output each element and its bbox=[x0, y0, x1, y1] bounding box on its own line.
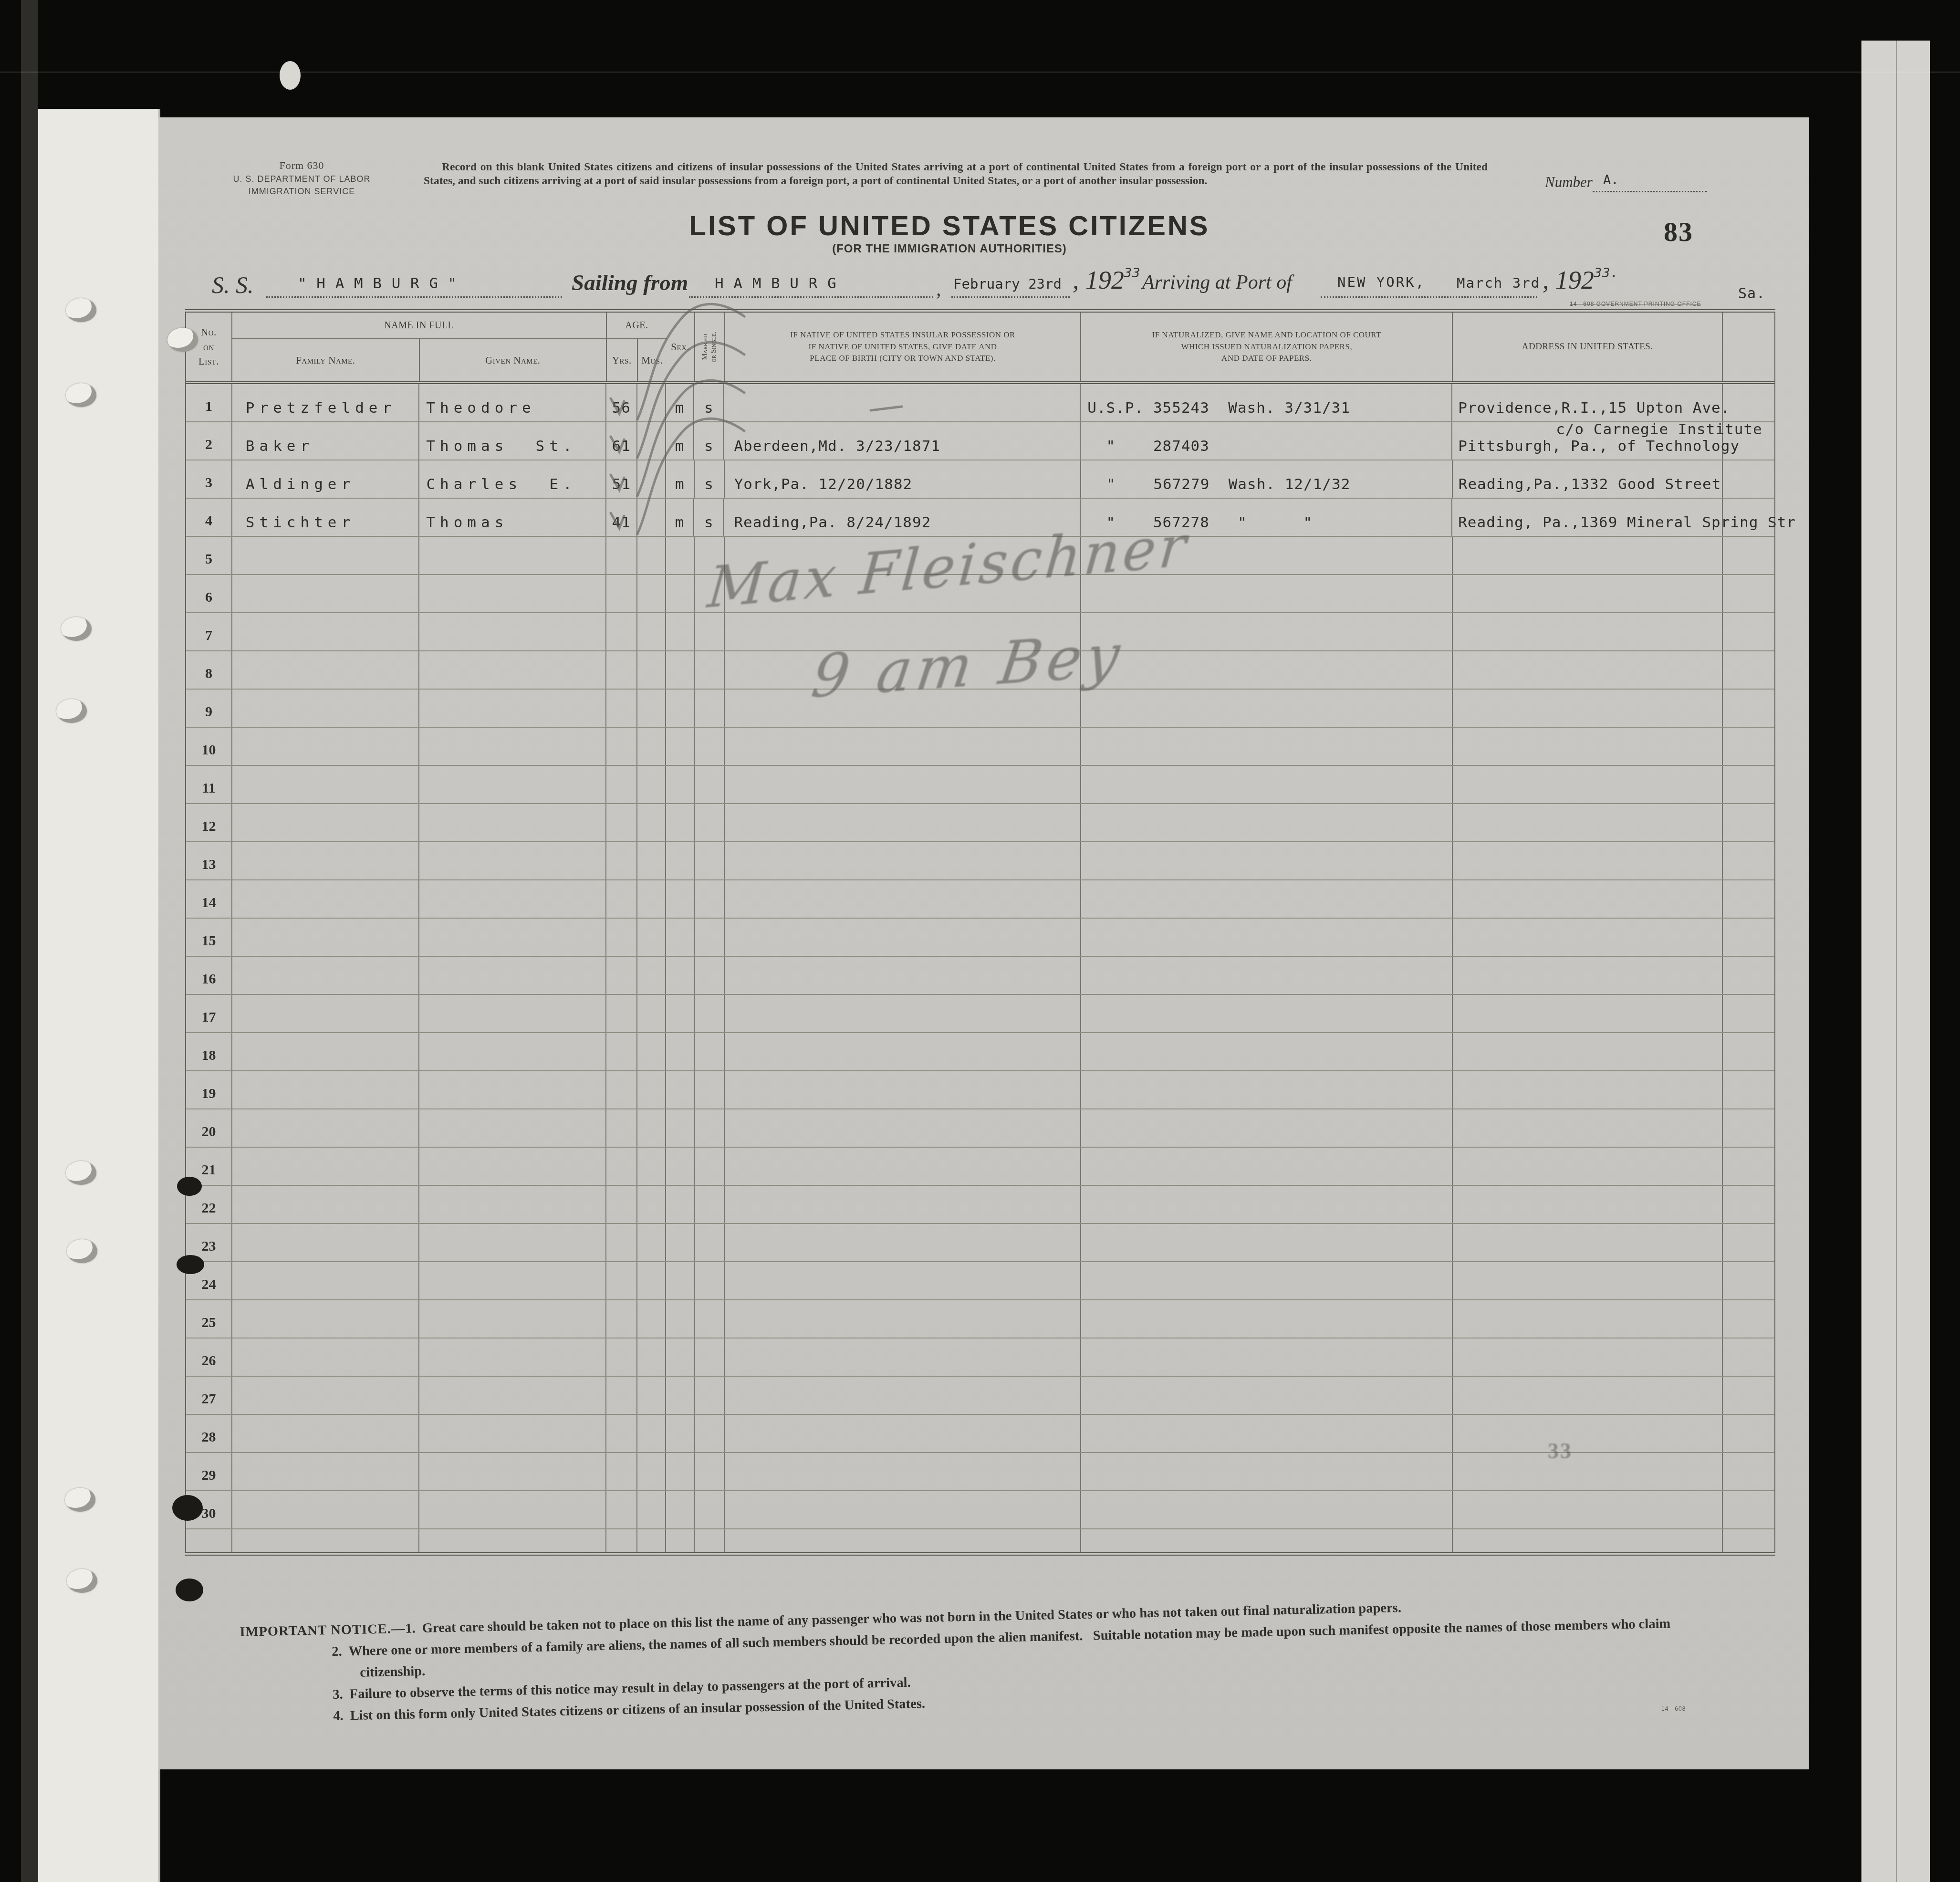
table-top-border bbox=[185, 309, 1775, 313]
given-name-cell bbox=[419, 1491, 606, 1528]
age-mos-cell bbox=[637, 1224, 666, 1261]
sex-cell bbox=[666, 613, 695, 650]
sex-cell: m bbox=[666, 499, 695, 536]
age-yrs-cell bbox=[606, 880, 637, 918]
age-yrs-cell: 56 bbox=[606, 384, 637, 421]
age-mos-cell bbox=[637, 690, 666, 727]
age-yrs-cell bbox=[606, 728, 637, 765]
address-cell bbox=[1453, 1186, 1723, 1223]
header-end-column bbox=[1723, 313, 1774, 381]
naturalization-cell bbox=[1081, 919, 1453, 956]
hole-punch bbox=[66, 383, 96, 407]
table-row: 30 bbox=[186, 1491, 1774, 1529]
married-single-cell bbox=[695, 728, 725, 765]
sex-cell: m bbox=[666, 422, 695, 460]
header-given-name: Given Name. bbox=[420, 339, 607, 381]
married-single-cell bbox=[695, 1338, 725, 1376]
birth-place-cell bbox=[725, 995, 1081, 1032]
address-cell bbox=[1453, 613, 1723, 650]
age-mos-cell bbox=[637, 880, 666, 918]
row-number: 2 bbox=[186, 422, 232, 460]
header-married-or-single-label: Married or Single. bbox=[701, 332, 718, 362]
naturalization-cell bbox=[1081, 1491, 1453, 1528]
arrival-underline bbox=[1321, 296, 1537, 298]
family-name-cell bbox=[232, 690, 420, 727]
footer-cell bbox=[186, 1529, 232, 1552]
birth-place-cell bbox=[725, 766, 1081, 803]
hole-punch bbox=[61, 617, 92, 641]
naturalization-cell bbox=[1081, 1224, 1453, 1261]
row-number: 15 bbox=[186, 919, 232, 956]
age-mos-cell bbox=[637, 384, 666, 421]
sex-cell: m bbox=[666, 460, 695, 498]
footer-cell bbox=[666, 1529, 695, 1552]
table-row: 18 bbox=[186, 1033, 1774, 1071]
given-name-cell bbox=[419, 1262, 606, 1299]
given-name-cell: Charles E. bbox=[419, 460, 606, 498]
footer-cell bbox=[419, 1529, 606, 1552]
end-cell bbox=[1723, 1300, 1774, 1338]
form-instructions-paragraph: Record on this blank United States citiz… bbox=[424, 160, 1488, 188]
table-bottom-border bbox=[185, 1552, 1775, 1556]
notice-label: IMPORTANT NOTICE.— bbox=[240, 1621, 405, 1640]
family-name-cell bbox=[232, 575, 420, 612]
number-underline bbox=[1593, 191, 1707, 192]
family-name-cell bbox=[232, 1186, 420, 1223]
given-name-cell bbox=[419, 537, 606, 574]
row-number: 13 bbox=[186, 842, 232, 879]
row-number: 5 bbox=[186, 537, 232, 574]
naturalization-cell bbox=[1081, 690, 1453, 727]
header-married-or-single: Married or Single. bbox=[695, 313, 725, 381]
given-name-cell bbox=[419, 957, 606, 994]
birth-place-cell bbox=[725, 957, 1081, 994]
sex-cell bbox=[666, 880, 695, 918]
naturalization-cell bbox=[1081, 766, 1453, 803]
sex-cell bbox=[666, 1300, 695, 1338]
address-cell: Providence,R.I.,15 Upton Ave. bbox=[1452, 384, 1723, 421]
family-name-cell bbox=[232, 880, 420, 918]
given-name-cell bbox=[419, 728, 606, 765]
given-name-cell bbox=[419, 919, 606, 956]
given-name-cell bbox=[419, 1033, 606, 1070]
table-row: 24 bbox=[186, 1262, 1774, 1300]
scan-edge-dark bbox=[21, 0, 38, 1882]
birth-place-cell bbox=[725, 1186, 1081, 1223]
end-cell bbox=[1723, 537, 1774, 574]
table-row: 15 bbox=[186, 919, 1774, 957]
married-single-cell bbox=[695, 651, 725, 689]
naturalization-cell: " 287403 bbox=[1081, 422, 1452, 460]
naturalization-cell bbox=[1081, 1071, 1453, 1108]
married-single-cell bbox=[695, 842, 725, 879]
married-single-cell bbox=[695, 1453, 725, 1490]
age-yrs-cell bbox=[606, 1033, 637, 1070]
table-row: 28 bbox=[186, 1415, 1774, 1453]
print-office-code-bottom: 14—608 bbox=[1661, 1705, 1686, 1712]
end-cell bbox=[1723, 1186, 1774, 1223]
birth-place-cell: Aberdeen,Md. 3/23/1871 bbox=[724, 422, 1081, 460]
sex-cell bbox=[666, 1109, 695, 1147]
end-cell bbox=[1723, 1377, 1774, 1414]
address-cell bbox=[1453, 1300, 1723, 1338]
sex-cell bbox=[666, 1453, 695, 1490]
row-number: 6 bbox=[186, 575, 232, 612]
service-name: IMMIGRATION SERVICE bbox=[219, 187, 384, 197]
row-number: 18 bbox=[186, 1033, 232, 1070]
header-sex: Sex. bbox=[667, 313, 695, 381]
family-name-cell bbox=[232, 1262, 420, 1299]
married-single-cell bbox=[695, 1033, 725, 1070]
age-yrs-cell bbox=[606, 651, 637, 689]
given-name-cell bbox=[419, 995, 606, 1032]
address-cell bbox=[1453, 1224, 1723, 1261]
age-mos-cell bbox=[637, 1453, 666, 1490]
table-body-box: No. on List. NAME IN FULL AGE. Family Na… bbox=[185, 313, 1775, 1552]
family-name-cell: Pretzfelder bbox=[232, 384, 419, 421]
married-single-cell bbox=[695, 690, 725, 727]
age-mos-cell bbox=[637, 1377, 666, 1414]
sex-cell: m bbox=[666, 384, 695, 421]
ink-dot bbox=[176, 1579, 203, 1601]
end-cell bbox=[1723, 1071, 1774, 1108]
age-yrs-cell bbox=[606, 1071, 637, 1108]
row-number: 27 bbox=[186, 1377, 232, 1414]
age-mos-cell bbox=[637, 1300, 666, 1338]
age-mos-cell bbox=[637, 995, 666, 1032]
age-yrs-cell bbox=[606, 613, 637, 650]
page-edge-fold-line bbox=[1896, 41, 1897, 1882]
table-row: 21 bbox=[186, 1148, 1774, 1186]
naturalization-cell bbox=[1081, 728, 1453, 765]
page-edge-left bbox=[38, 109, 160, 1882]
birth-place-cell bbox=[725, 1071, 1081, 1108]
table-row: 26 bbox=[186, 1338, 1774, 1377]
given-name-cell bbox=[419, 651, 606, 689]
end-cell bbox=[1723, 995, 1774, 1032]
row-number: 19 bbox=[186, 1071, 232, 1108]
age-mos-cell bbox=[637, 919, 666, 956]
birth-place-cell bbox=[725, 1224, 1081, 1261]
given-name-cell bbox=[419, 1109, 606, 1147]
family-name-cell bbox=[232, 1148, 420, 1185]
address-cell bbox=[1453, 1491, 1723, 1528]
family-name-cell bbox=[232, 537, 420, 574]
print-office-code-top: 14—608 GOVERNMENT PRINTING OFFICE bbox=[1570, 301, 1701, 307]
naturalization-cell bbox=[1081, 1377, 1453, 1414]
ink-dot bbox=[172, 1495, 203, 1521]
row-number: 10 bbox=[186, 728, 232, 765]
page-number-stamp: 83 bbox=[1664, 216, 1693, 248]
end-cell bbox=[1723, 880, 1774, 918]
ink-dot bbox=[177, 1255, 204, 1274]
sex-cell bbox=[666, 1148, 695, 1185]
header-naturalization: IF NATURALIZED, GIVE NAME AND LOCATION O… bbox=[1081, 313, 1453, 381]
birth-place-cell bbox=[725, 1415, 1081, 1452]
naturalization-cell bbox=[1081, 1109, 1453, 1147]
address-cell bbox=[1453, 919, 1723, 956]
address-cell bbox=[1453, 1415, 1723, 1452]
naturalization-cell bbox=[1081, 804, 1453, 841]
row-number: 28 bbox=[186, 1415, 232, 1452]
birth-place-cell bbox=[725, 919, 1081, 956]
footer-cell bbox=[725, 1529, 1081, 1552]
end-cell bbox=[1723, 1338, 1774, 1376]
married-single-cell bbox=[695, 957, 725, 994]
birth-place-cell bbox=[725, 1453, 1081, 1490]
sex-cell bbox=[666, 537, 695, 574]
row-number: 1 bbox=[186, 384, 232, 421]
age-mos-cell bbox=[637, 842, 666, 879]
age-mos-cell bbox=[637, 1109, 666, 1147]
manifest-page: Form 630 U. S. DEPARTMENT OF LABOR IMMIG… bbox=[158, 117, 1809, 1769]
sex-cell bbox=[666, 1338, 695, 1376]
table-row: 3 Aldinger Charles E. 51 m s York,Pa. 12… bbox=[186, 460, 1774, 499]
married-single-cell bbox=[695, 766, 725, 803]
age-yrs-cell bbox=[606, 1415, 637, 1452]
end-cell bbox=[1723, 919, 1774, 956]
naturalization-cell bbox=[1081, 1148, 1453, 1185]
table-row: 12 bbox=[186, 804, 1774, 842]
sailing-year-printed: , 19233 bbox=[1073, 265, 1141, 295]
age-mos-cell bbox=[637, 1262, 666, 1299]
family-name-cell bbox=[232, 919, 420, 956]
married-single-cell bbox=[695, 804, 725, 841]
address-cell bbox=[1453, 804, 1723, 841]
age-yrs-cell bbox=[606, 690, 637, 727]
end-cell bbox=[1723, 1033, 1774, 1070]
address-cell bbox=[1453, 1377, 1723, 1414]
table-row: 11 bbox=[186, 766, 1774, 804]
arrival-year-typed: 33. bbox=[1594, 266, 1619, 281]
family-name-cell bbox=[232, 1224, 420, 1261]
sailing-date-value: February 23rd bbox=[953, 276, 1062, 292]
arrival-year-prefix: , 192 bbox=[1543, 266, 1594, 294]
family-name-cell: Baker bbox=[232, 422, 419, 460]
important-notice: IMPORTANT NOTICE.—1. Great care should b… bbox=[240, 1590, 1725, 1729]
married-single-cell bbox=[695, 995, 725, 1032]
family-name-cell bbox=[232, 1491, 420, 1528]
comma-separator: , bbox=[936, 278, 941, 301]
family-name-cell bbox=[232, 804, 420, 841]
address-cell bbox=[1453, 1109, 1723, 1147]
address-cell: c/o Carnegie Institute Pittsburgh, Pa., … bbox=[1452, 422, 1723, 460]
end-cell bbox=[1723, 460, 1774, 498]
age-mos-cell bbox=[637, 728, 666, 765]
sex-cell bbox=[666, 1491, 695, 1528]
end-cell bbox=[1723, 1148, 1774, 1185]
age-mos-cell bbox=[637, 1186, 666, 1223]
row-number: 26 bbox=[186, 1338, 232, 1376]
married-single-cell bbox=[695, 1186, 725, 1223]
address-line2: Reading,Pa.,1332 Good Street bbox=[1459, 477, 1721, 492]
number-label: Number bbox=[1545, 174, 1593, 191]
family-name-cell bbox=[232, 766, 420, 803]
end-cell bbox=[1723, 957, 1774, 994]
end-cell bbox=[1723, 728, 1774, 765]
family-name-cell bbox=[232, 728, 420, 765]
given-name-cell bbox=[419, 690, 606, 727]
sex-cell bbox=[666, 919, 695, 956]
hole-punch bbox=[167, 328, 198, 352]
family-name-cell bbox=[232, 1415, 420, 1452]
table-row: 10 bbox=[186, 728, 1774, 766]
naturalization-cell bbox=[1081, 1033, 1453, 1070]
birth-place-cell bbox=[724, 384, 1081, 421]
sailing-port-value: H A M B U R G bbox=[715, 275, 837, 292]
naturalization-cell bbox=[1081, 995, 1453, 1032]
sailing-date-underline bbox=[951, 296, 1070, 298]
sex-cell bbox=[666, 1071, 695, 1108]
age-mos-cell bbox=[637, 1148, 666, 1185]
birth-place-cell bbox=[725, 1300, 1081, 1338]
sailing-port-underline bbox=[689, 296, 933, 298]
end-cell bbox=[1723, 1224, 1774, 1261]
given-name-cell bbox=[419, 1338, 606, 1376]
naturalization-cell bbox=[1081, 613, 1453, 650]
table-row: 27 bbox=[186, 1377, 1774, 1415]
address-cell bbox=[1453, 1071, 1723, 1108]
given-name-cell: Thomas bbox=[419, 499, 606, 536]
birth-place-cell bbox=[725, 1491, 1081, 1528]
given-name-cell: Theodore bbox=[419, 384, 606, 421]
naturalization-cell bbox=[1081, 1338, 1453, 1376]
end-cell bbox=[1723, 384, 1774, 421]
table-row: 20 bbox=[186, 1109, 1774, 1148]
family-name-cell bbox=[232, 1109, 420, 1147]
family-name-cell bbox=[232, 1377, 420, 1414]
header-family-name: Family Name. bbox=[232, 339, 420, 381]
address-cell bbox=[1453, 651, 1723, 689]
age-yrs-cell bbox=[606, 1491, 637, 1528]
end-cell bbox=[1723, 422, 1774, 460]
end-cell bbox=[1723, 613, 1774, 650]
page-title: LIST OF UNITED STATES CITIZENS bbox=[410, 210, 1489, 242]
given-name-cell bbox=[419, 1186, 606, 1223]
table-row: 22 bbox=[186, 1186, 1774, 1224]
age-mos-cell bbox=[637, 804, 666, 841]
birth-place-cell bbox=[725, 1262, 1081, 1299]
married-single-cell bbox=[695, 919, 725, 956]
page-edge-right bbox=[1861, 41, 1930, 1882]
age-mos-cell bbox=[637, 422, 666, 460]
end-cell bbox=[1723, 1109, 1774, 1147]
sex-cell bbox=[666, 651, 695, 689]
sex-cell bbox=[666, 1224, 695, 1261]
address-cell bbox=[1453, 766, 1723, 803]
family-name-cell bbox=[232, 651, 420, 689]
age-yrs-cell bbox=[606, 537, 637, 574]
family-name-cell bbox=[232, 1338, 420, 1376]
age-mos-cell bbox=[637, 1415, 666, 1452]
address-cell bbox=[1453, 575, 1723, 612]
hole-punch bbox=[67, 1569, 97, 1593]
sailing-year-typed: 33 bbox=[1124, 266, 1141, 281]
age-yrs-cell bbox=[606, 919, 637, 956]
given-name-cell bbox=[419, 1415, 606, 1452]
voyage-line: S. S. " H A M B U R G " Sailing from H A… bbox=[158, 269, 1809, 307]
hole-punch bbox=[67, 1239, 97, 1263]
row-number: 12 bbox=[186, 804, 232, 841]
address-cell: Reading, Pa.,1369 Mineral Spring Str bbox=[1452, 499, 1723, 536]
married-single-cell bbox=[695, 1300, 725, 1338]
family-name-cell bbox=[232, 1071, 420, 1108]
row-number: 20 bbox=[186, 1109, 232, 1147]
naturalization-cell: " 567279 Wash. 12/1/32 bbox=[1081, 460, 1453, 498]
row-number: 11 bbox=[186, 766, 232, 803]
footer-cell bbox=[232, 1529, 420, 1552]
header-address: ADDRESS IN UNITED STATES. bbox=[1453, 313, 1723, 381]
married-single-cell bbox=[695, 1377, 725, 1414]
sailing-year-prefix: , 192 bbox=[1073, 266, 1124, 294]
arrival-date-value: March 3rd bbox=[1457, 275, 1540, 291]
age-yrs-cell bbox=[606, 1186, 637, 1223]
end-cell bbox=[1723, 651, 1774, 689]
age-mos-cell bbox=[637, 613, 666, 650]
hole-punch bbox=[56, 699, 87, 723]
end-cell bbox=[1723, 575, 1774, 612]
address-cell bbox=[1453, 1148, 1723, 1185]
sex-cell bbox=[666, 575, 695, 612]
form-identifier: Form 630 U. S. DEPARTMENT OF LABOR IMMIG… bbox=[219, 159, 384, 197]
row-number: 7 bbox=[186, 613, 232, 650]
address-cell bbox=[1453, 728, 1723, 765]
sex-cell bbox=[666, 1415, 695, 1452]
sex-cell bbox=[666, 1262, 695, 1299]
footer-cell bbox=[606, 1529, 637, 1552]
footer-cell bbox=[637, 1529, 666, 1552]
end-cell bbox=[1723, 499, 1774, 536]
age-mos-cell bbox=[637, 460, 666, 498]
sex-cell bbox=[666, 1033, 695, 1070]
end-cell bbox=[1723, 1262, 1774, 1299]
given-name-cell: Thomas St. bbox=[419, 422, 606, 460]
address-cell bbox=[1453, 1338, 1723, 1376]
form-number: Form 630 bbox=[219, 159, 384, 172]
hole-punch bbox=[66, 1161, 96, 1185]
end-cell bbox=[1723, 1491, 1774, 1528]
row-number: 17 bbox=[186, 995, 232, 1032]
header-name-in-full: NAME IN FULL bbox=[232, 313, 607, 338]
age-yrs-cell bbox=[606, 1148, 637, 1185]
sex-cell bbox=[666, 728, 695, 765]
end-cell bbox=[1723, 766, 1774, 803]
header-age: AGE. bbox=[607, 313, 667, 338]
age-mos-cell bbox=[637, 1071, 666, 1108]
age-yrs-cell bbox=[606, 804, 637, 841]
family-name-cell bbox=[232, 995, 420, 1032]
given-name-cell bbox=[419, 1071, 606, 1108]
film-artifact-dot bbox=[280, 61, 301, 90]
family-name-cell bbox=[232, 1033, 420, 1070]
end-cell bbox=[1723, 842, 1774, 879]
hole-punch bbox=[66, 298, 96, 322]
age-mos-cell bbox=[637, 499, 666, 536]
sex-cell bbox=[666, 842, 695, 879]
table-row: 1 Pretzfelder Theodore 56 m s U.S.P. 355… bbox=[186, 384, 1774, 422]
age-mos-cell bbox=[637, 575, 666, 612]
birth-place-cell bbox=[725, 804, 1081, 841]
table-footer-row bbox=[186, 1529, 1774, 1552]
given-name-cell bbox=[419, 1453, 606, 1490]
age-yrs-cell bbox=[606, 995, 637, 1032]
age-yrs-cell bbox=[606, 1338, 637, 1376]
age-mos-cell bbox=[637, 1033, 666, 1070]
married-single-cell: s bbox=[694, 422, 724, 460]
birth-place-cell bbox=[725, 728, 1081, 765]
given-name-cell bbox=[419, 1224, 606, 1261]
given-name-cell bbox=[419, 1377, 606, 1414]
